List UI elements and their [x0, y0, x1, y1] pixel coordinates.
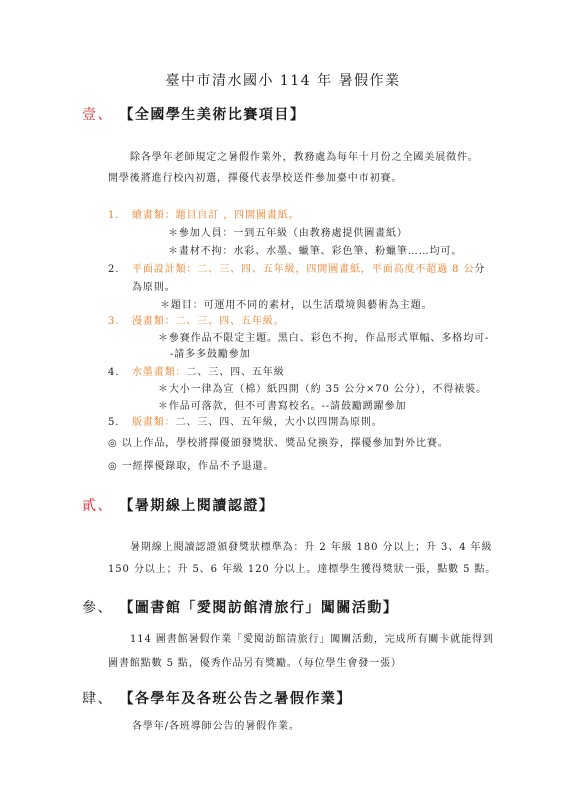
list-number: 3. [108, 316, 132, 327]
ink-painting-note-1: ＊大小一律為宣（棉）紙四開（約 35 公分×70 公分），不得裱裝。 [158, 380, 487, 395]
list-item-3: 3.漫畫類：二、三、四、五年級。 [108, 312, 285, 327]
section-1-title: 【全國學生美術比賽項目】 [119, 107, 305, 123]
list-item-2: 2.平面設計類：二、三、四、五年級，四開圖畫紙，平面高度不超過 8 公分 [108, 260, 485, 275]
category-rest: 分 [474, 264, 485, 275]
category-rest: 二、三、四、五年級 [187, 367, 285, 378]
section-4-numeral: 肆、 [82, 691, 113, 707]
category-ink-painting: 水墨畫類： [132, 367, 187, 378]
comics-note-2: -請多多鼓勵參加 [170, 345, 251, 360]
painting-note-1: ＊參加人員：一到五年級（由教務處提供圖畫紙） [168, 224, 408, 239]
section-1-intro-line1: 除各學年老師規定之暑假作業外，教務處為每年十月份之全國美展徵件。 [130, 148, 479, 163]
section-3-line2: 圖書館點數 5 點，優秀作品另有獎勵。（每位學生會發一張） [108, 654, 402, 669]
list-item-4: 4.水墨畫類：二、三、四、五年級 [108, 363, 285, 378]
list-number: 1. [108, 210, 132, 221]
section-4-title: 【各學年及各班公告之暑假作業】 [119, 691, 352, 707]
ink-painting-note-2: ＊作品可落款，但不可書寫校名。--請鼓勵踴躍參加 [158, 397, 406, 412]
section-1-intro-line2: 開學後將進行校內初選，擇優代表學校送件參加臺中市初賽。 [108, 169, 402, 184]
comics-note-1: ＊參賽作品不限定主題。黑白、彩色不拘，作品形式單幅、多格均可- [158, 329, 489, 344]
section-2-numeral: 貳、 [82, 498, 113, 514]
document-title: 臺中市清水國小 114 年 暑假作業 [0, 70, 566, 90]
section-2-line1: 暑期線上閱讀認證頒發獎狀標準為：升 2 年級 180 分以上；升 3、4 年級 [130, 538, 492, 553]
graphic-design-cont: 為原則。 [132, 278, 176, 293]
list-number: 2. [108, 264, 132, 275]
graphic-design-note-1: ＊題目：可運用不同的素材，以生活環境與藝術為主題。 [160, 296, 433, 311]
remark-2: ◎ 一經擇優錄取，作品不予退還。 [108, 457, 274, 472]
list-item-5: 5.版畫類：二、三、四、五年級，大小以四開為原則。 [108, 413, 383, 428]
section-1-numeral: 壹、 [82, 107, 113, 123]
section-2-heading: 貳、 【暑期線上閱讀認證】 [82, 495, 274, 515]
list-number: 5. [108, 417, 132, 428]
section-3-title: 【圖書館「愛閱訪館清旅行」闖關活動】 [119, 600, 398, 616]
category-painting: 繪畫類：題目自訂 ，四開圖畫紙。 [132, 210, 300, 221]
section-2-line2: 150 分以上；升 5、6 年級 120 分以上。達標學生獲得獎狀一張，點數 5… [108, 560, 496, 575]
section-3-line1: 114 圖書館暑假作業「愛閱訪館清旅行」闖關活動，完成所有關卡就能得到 [130, 630, 494, 645]
category-printmaking: 版畫類： [132, 417, 176, 428]
painting-note-2: ＊畫材不拘：水彩、水墨、蠟筆、彩色筆、粉蠟筆……均可。 [168, 242, 462, 257]
section-1-heading: 壹、 【全國學生美術比賽項目】 [82, 104, 305, 124]
list-item-1: 1.繪畫類：題目自訂 ，四開圖畫紙。 [108, 206, 300, 221]
section-3-numeral: 參、 [82, 600, 113, 616]
category-rest: 二、三、四、五年級，大小以四開為原則。 [176, 417, 383, 428]
section-3-heading: 參、 【圖書館「愛閱訪館清旅行」闖關活動】 [82, 597, 398, 617]
section-2-title: 【暑期線上閱讀認證】 [119, 498, 274, 514]
remark-1: ◎ 以上作品，學校將擇優頒發獎狀、獎品兌換券，擇優參加對外比賽。 [108, 434, 449, 449]
section-4-line1: 各學年/各班導師公告的暑假作業。 [132, 717, 300, 732]
list-number: 4. [108, 367, 132, 378]
section-4-heading: 肆、 【各學年及各班公告之暑假作業】 [82, 688, 352, 708]
category-comics: 漫畫類：二、三、四、五年級。 [132, 316, 285, 327]
category-graphic-design: 平面設計類：二、三、四、五年級，四開圖畫紙，平面高度不超過 8 公 [132, 264, 474, 275]
